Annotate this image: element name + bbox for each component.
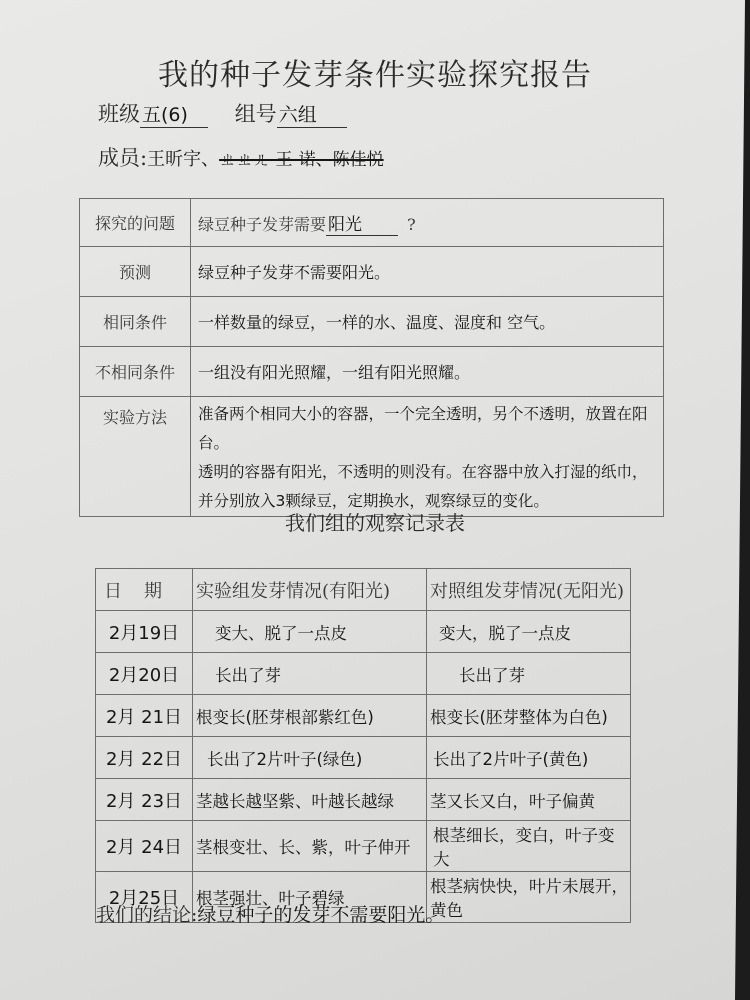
table-header-row: 日期 实验组发芽情况(有阳光) 对照组发芽情况(无阳光) <box>96 569 631 611</box>
row-control: 根茎病快快，叶片未展开，黄色 <box>427 872 631 923</box>
method-line: 透明的容器有阳光，不透明的则没有。在容器中放入打湿的纸巾， <box>198 458 657 487</box>
header-experiment: 实验组发芽情况(有阳光) <box>193 569 427 611</box>
group-value: 六组 <box>277 100 347 128</box>
row-date: 2月 22日 <box>96 737 193 779</box>
row-experiment: 长出了2片叶子(绿色) <box>193 737 427 779</box>
row-label: 探究的问题 <box>80 199 191 247</box>
header-date: 日期 <box>96 569 193 611</box>
row-value: 绿豆种子发芽不需要阳光。 <box>191 247 664 297</box>
row-control: 茎又长又白，叶子偏黄 <box>427 779 631 821</box>
row-experiment: 变大、脱了一点皮 <box>193 611 427 653</box>
row-value: 准备两个相同大小的容器，一个完全透明，另个不透明，放置在阳台。 透明的容器有阳光… <box>191 397 664 517</box>
header-control: 对照组发芽情况(无阳光) <box>427 569 631 611</box>
conclusion-label: 我们的结论: <box>96 904 197 926</box>
conclusion-value: 绿豆种子的发芽不需要阳光。 <box>197 904 444 926</box>
row-control: 根变长(胚芽整体为白色) <box>427 695 631 737</box>
row-date: 2月 21日 <box>96 695 193 737</box>
table-row: 2月 23日 茎越长越坚紫、叶越长越绿 茎又长又白，叶子偏黄 <box>96 779 631 821</box>
row-experiment: 茎越长越坚紫、叶越长越绿 <box>193 779 427 821</box>
class-value: 五(6) <box>140 100 208 128</box>
table-row-different-conditions: 不相同条件 一组没有阳光照耀，一组有阳光照耀。 <box>80 347 664 397</box>
question-fill: 阳光 <box>326 210 398 236</box>
row-experiment: 根变长(胚芽根部紫红色) <box>193 695 427 737</box>
group-label: 组号 <box>235 102 277 126</box>
row-date: 2月 23日 <box>96 779 193 821</box>
row-experiment: 茎根变壮、长、紫，叶子伸开 <box>193 821 427 872</box>
table-row-method: 实验方法 准备两个相同大小的容器，一个完全透明，另个不透明，放置在阳台。 透明的… <box>80 397 664 517</box>
row-date: 2月 24日 <box>96 821 193 872</box>
row-value: 绿豆种子发芽需要阳光 ? <box>191 199 664 247</box>
class-group-line: 班级五(6) 组号六组 <box>98 98 347 128</box>
table-row-same-conditions: 相同条件 一样数量的绿豆，一样的水、温度、湿度和 空气。 <box>80 297 664 347</box>
table-row-question: 探究的问题 绿豆种子发芽需要阳光 ? <box>80 199 664 247</box>
row-date: 2月19日 <box>96 611 193 653</box>
row-label: 不相同条件 <box>80 347 191 397</box>
inquiry-table: 探究的问题 绿豆种子发芽需要阳光 ? 预测 绿豆种子发芽不需要阳光。 相同条件 … <box>79 198 664 517</box>
conclusion-line: 我们的结论:绿豆种子的发芽不需要阳光。 <box>96 900 444 927</box>
row-control: 根茎细长，变白，叶子变大 <box>427 821 631 872</box>
table-row: 2月19日 变大、脱了一点皮 变大，脱了一点皮 <box>96 611 631 653</box>
row-value: 一组没有阳光照耀，一组有阳光照耀。 <box>191 347 664 397</box>
row-experiment: 长出了芽 <box>193 653 427 695</box>
observation-table: 日期 实验组发芽情况(有阳光) 对照组发芽情况(无阳光) 2月19日 变大、脱了… <box>95 568 631 923</box>
table-row: 2月 22日 长出了2片叶子(绿色) 长出了2片叶子(黄色) <box>96 737 631 779</box>
row-label: 实验方法 <box>80 397 191 517</box>
observation-title: 我们组的观察记录表 <box>0 507 750 536</box>
question-suffix: ? <box>407 215 416 234</box>
row-value: 一样数量的绿豆，一样的水、温度、湿度和 空气。 <box>191 297 664 347</box>
table-row: 2月 21日 根变长(胚芽根部紫红色) 根变长(胚芽整体为白色) <box>96 695 631 737</box>
row-label: 相同条件 <box>80 297 191 347</box>
report-title: 我的种子发芽条件实验探究报告 <box>0 50 750 94</box>
method-line: 准备两个相同大小的容器，一个完全透明，另个不透明，放置在阳台。 <box>198 400 657 458</box>
table-row: 2月 24日 茎根变壮、长、紫，叶子伸开 根茎细长，变白，叶子变大 <box>96 821 631 872</box>
question-prefix: 绿豆种子发芽需要 <box>198 215 326 234</box>
row-control: 变大，脱了一点皮 <box>427 611 631 653</box>
members-label: 成员: <box>98 146 147 170</box>
members-line: 成员:王昕宇、ㄓㄓㄦ 王-诺、陈佳悦 <box>98 142 384 172</box>
row-date: 2月20日 <box>96 653 193 695</box>
class-label: 班级 <box>98 102 140 126</box>
table-row-prediction: 预测 绿豆种子发芽不需要阳光。 <box>80 247 664 297</box>
members-struck-out: ㄓㄓㄦ 王-诺、陈佳悦 <box>219 150 384 170</box>
row-control: 长出了2片叶子(黄色) <box>427 737 631 779</box>
members-value: 王昕宇、 <box>147 149 219 170</box>
table-row: 2月20日 长出了芽 长出了芽 <box>96 653 631 695</box>
row-label: 预测 <box>80 247 191 297</box>
row-control: 长出了芽 <box>427 653 631 695</box>
